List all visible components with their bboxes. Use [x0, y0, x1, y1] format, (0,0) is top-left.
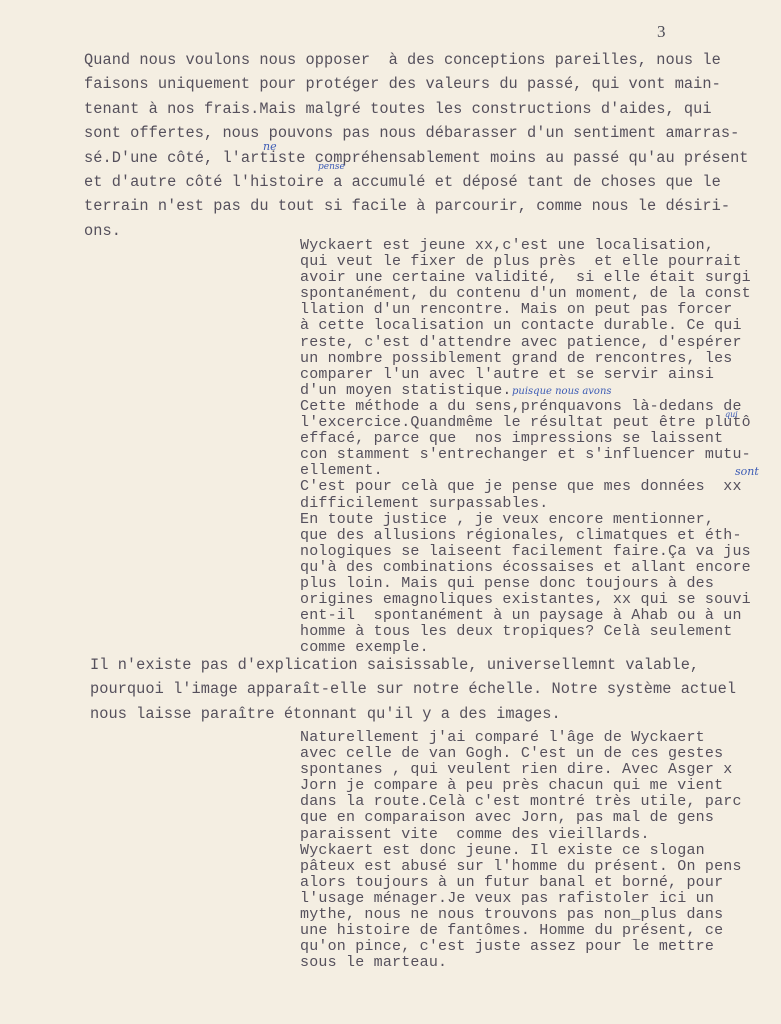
text-line: Jorn je compare à peu près chacun qui me…	[300, 778, 742, 794]
page-number: 3	[657, 22, 666, 42]
text-line: spontanes , qui veulent rien dire. Avec …	[300, 762, 742, 778]
text-line: l'excercice.Quandmême le résultat peut ê…	[300, 415, 751, 431]
text-line: que des allusions régionales, climatques…	[300, 528, 751, 544]
paragraph-explication: Il n'existe pas d'explication saisissabl…	[90, 653, 736, 726]
text-line: homme à tous les deux tropiques? Celà se…	[300, 624, 751, 640]
paragraph-wyckaert-localisation: Wyckaert est jeune xx,c'est une localisa…	[300, 238, 751, 656]
text-line: reste, c'est d'attendre avec patience, d…	[300, 335, 751, 351]
text-line: que en comparaison avec Jorn, pas mal de…	[300, 810, 742, 826]
paragraph-intro: Quand nous voulons nous opposer à des co…	[84, 48, 749, 243]
text-line: qu'on pince, c'est juste assez pour le m…	[300, 939, 742, 955]
handwritten-annotation-ne: ne	[263, 140, 277, 153]
text-line: alors toujours à un futur banal et borné…	[300, 875, 742, 891]
paragraph-van-gogh-jorn: Naturellement j'ai comparé l'âge de Wyck…	[300, 730, 742, 971]
text-line: spontanément, du contenu d'un moment, de…	[300, 286, 751, 302]
text-line: faisons uniquement pour protéger des val…	[84, 72, 749, 96]
text-line: con stamment s'entrechanger et s'influen…	[300, 447, 751, 463]
text-line: Wyckaert est jeune xx,c'est une localisa…	[300, 238, 751, 254]
text-line: pourquoi l'image apparaît-elle sur notre…	[90, 677, 736, 701]
text-line: ent-il spontanément à un paysage à Ahab …	[300, 608, 751, 624]
text-line: Wyckaert est donc jeune. Il existe ce sl…	[300, 843, 742, 859]
text-line: ellement.	[300, 463, 751, 479]
text-line: Cette méthode a du sens,prénquavons là-d…	[300, 399, 751, 415]
handwritten-annotation-puisque-nous-avons: puisque nous avons	[512, 386, 612, 397]
text-line: origines emagnoliques existantes, xx qui…	[300, 592, 751, 608]
handwritten-annotation-qui: qui	[725, 410, 738, 419]
handwritten-annotation-pense: pense	[318, 162, 345, 172]
text-line: pâteux est abusé sur l'homme du présent.…	[300, 859, 742, 875]
text-line: Il n'existe pas d'explication saisissabl…	[90, 653, 736, 677]
text-line: tenant à nos frais.Mais malgré toutes le…	[84, 97, 749, 121]
handwritten-annotation-sont: sont	[735, 465, 759, 478]
text-line: sé.D'une côté, l'artiste compréhensablem…	[84, 146, 749, 170]
text-line: nous laisse paraître étonnant qu'il y a …	[90, 702, 736, 726]
text-line: et d'autre côté l'histoire a accumulé et…	[84, 170, 749, 194]
text-line: à cette localisation un contacte durable…	[300, 318, 751, 334]
text-line: qu'à des combinations écossaises et alla…	[300, 560, 751, 576]
text-line: Quand nous voulons nous opposer à des co…	[84, 48, 749, 72]
text-line: llation d'un rencontre. Mais on peut pas…	[300, 302, 751, 318]
text-line: avoir une certaine validité, si elle éta…	[300, 270, 751, 286]
text-line: paraissent vite comme des vieillards.	[300, 827, 742, 843]
text-line: Naturellement j'ai comparé l'âge de Wyck…	[300, 730, 742, 746]
text-line: nologiques se laiseent facilement faire.…	[300, 544, 751, 560]
text-line: avec celle de van Gogh. C'est un de ces …	[300, 746, 742, 762]
text-line: sous le marteau.	[300, 955, 742, 971]
text-line: dans la route.Celà c'est montré très uti…	[300, 794, 742, 810]
text-line: sont offertes, nous pouvons pas nous déb…	[84, 121, 749, 145]
text-line: difficilement surpassables.	[300, 496, 751, 512]
text-line: une histoire de fantômes. Homme du prése…	[300, 923, 742, 939]
text-line: comparer l'un avec l'autre et se servir …	[300, 367, 751, 383]
text-line: En toute justice , je veux encore mentio…	[300, 512, 751, 528]
text-line: plus loin. Mais qui pense donc toujours …	[300, 576, 751, 592]
text-line: un nombre possiblement grand de rencontr…	[300, 351, 751, 367]
text-line: l'usage ménager.Je veux pas rafistoler i…	[300, 891, 742, 907]
text-line: C'est pour celà que je pense que mes don…	[300, 479, 751, 495]
text-line: terrain n'est pas du tout si facile à pa…	[84, 194, 749, 218]
text-line: mythe, nous ne nous trouvons pas non_plu…	[300, 907, 742, 923]
text-line: effacé, parce que nos impressions se lai…	[300, 431, 751, 447]
text-line: qui veut le fixer de plus près et elle p…	[300, 254, 751, 270]
